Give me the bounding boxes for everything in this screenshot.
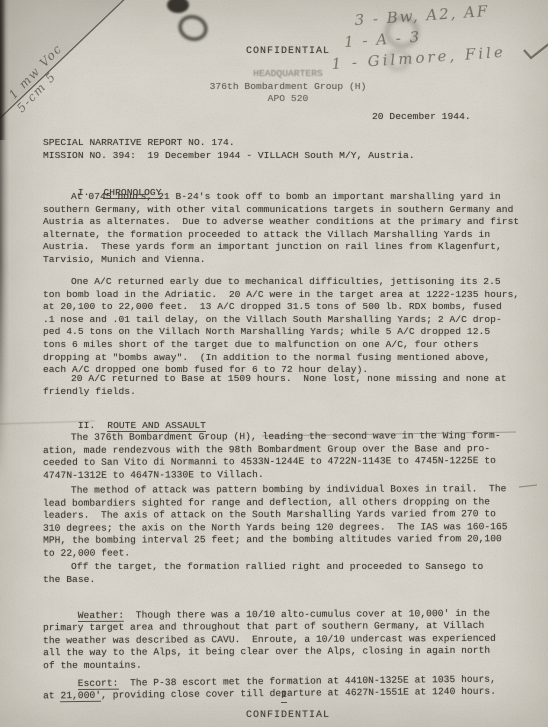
section-2-title: ROUTE AND ASSAULT (107, 420, 206, 432)
paragraph-chronology-1: At 0745 hours, 21 B-24's took off to bom… (43, 191, 519, 267)
date-line: 20 December 1944. (372, 111, 471, 124)
scanned-document-page: CONFIDENTIAL HEADQUARTERS 376th Bombardm… (0, 0, 548, 727)
classification-footer: CONFIDENTIAL (14, 710, 548, 723)
report-title: SPECIAL NARRATIVE REPORT NO. 174. (43, 137, 235, 150)
typed-text-layer: CONFIDENTIAL HEADQUARTERS 376th Bombardm… (0, 0, 548, 727)
weather-label: Weather: (78, 609, 125, 621)
paragraph-route-2: The method of attack was pattern bombing… (43, 483, 508, 560)
handwritten-distribution-list: 3 - Bw, A2, AF 1 - A - 3 1 - Gilmore, Fi… (328, 0, 506, 75)
paragraph-escort: Escort: The P-38 escort met the formatio… (43, 661, 496, 716)
escort-label: Escort: (78, 677, 119, 689)
group-line: 376th Bombardment Group (H) (14, 81, 548, 94)
apo-line: APO 520 (14, 93, 548, 106)
paragraph-route-1: The 376th Bombardment Group (H), leading… (43, 430, 501, 482)
page-number: 1 (281, 689, 287, 703)
paragraph-rally: Off the target, the formation rallied ri… (43, 561, 483, 586)
paragraph-chronology-3: 20 A/C returned to Base at 1509 hours. N… (43, 373, 507, 398)
escort-altitude: 21,000' (60, 690, 101, 702)
binder-edge-shadow-top (0, 0, 6, 140)
section-2-number: II. (78, 420, 95, 431)
escort-text-2-pre: at (43, 690, 61, 701)
mission-title: MISSION NO. 394: 19 December 1944 - VILL… (43, 150, 415, 163)
paragraph-chronology-2: One A/C returned early due to mechanical… (43, 276, 519, 377)
headquarters-line: HEADQUARTERS (14, 68, 548, 81)
